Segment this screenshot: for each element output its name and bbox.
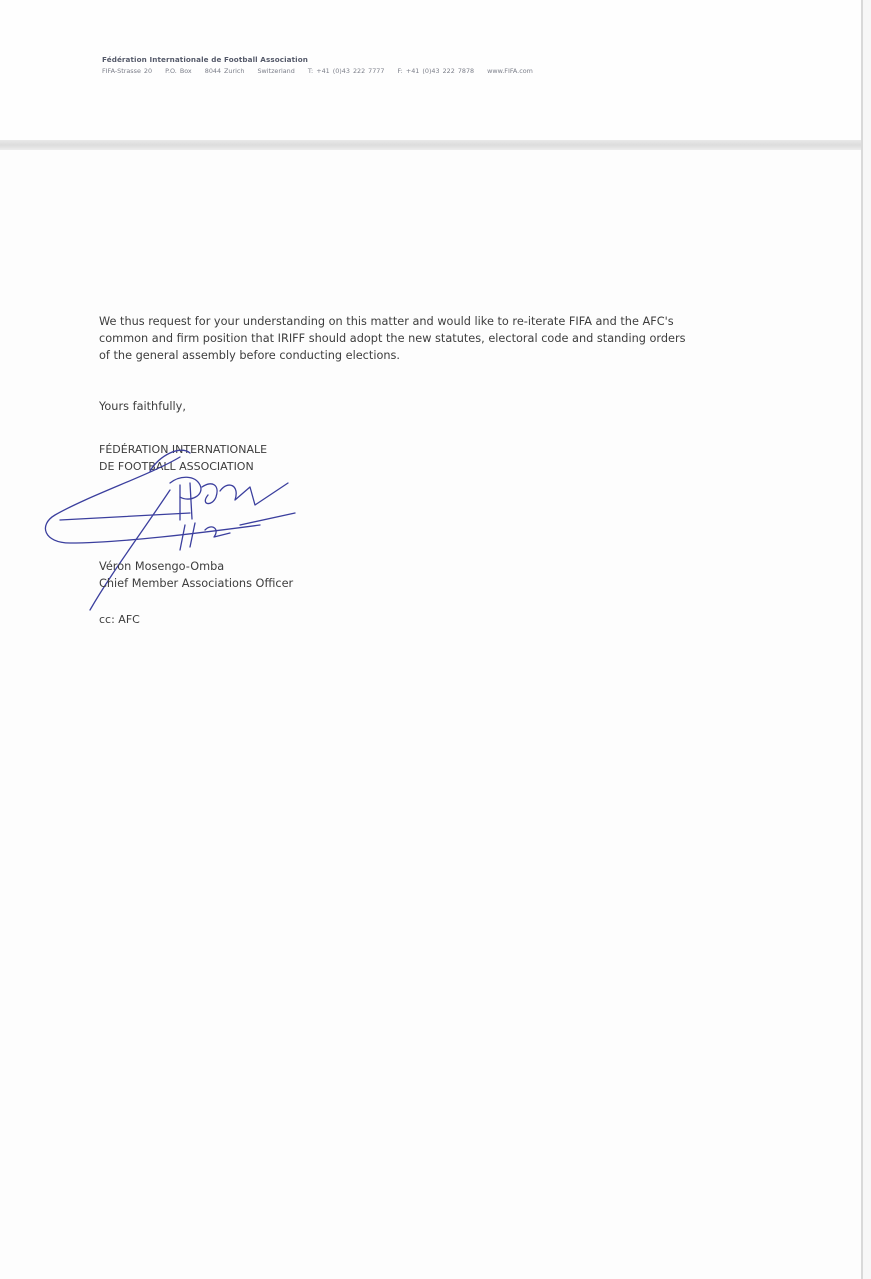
address-street: FIFA-Strasse 20 bbox=[102, 67, 152, 75]
sender-organization: FÉDÉRATION INTERNATIONALE DE FOOTBALL AS… bbox=[99, 441, 267, 475]
body-line: of the general assembly before conductin… bbox=[99, 348, 811, 365]
body-line: common and firm position that IRIFF shou… bbox=[99, 331, 811, 348]
address-fax: F: +41 (0)43 222 7878 bbox=[398, 67, 475, 75]
address-website: www.FIFA.com bbox=[487, 67, 533, 75]
letterhead-organization: Fédération Internationale de Football As… bbox=[102, 55, 308, 64]
address-city: 8044 Zurich bbox=[205, 67, 245, 75]
previous-page-bottom: Fédération Internationale de Football As… bbox=[0, 0, 862, 140]
letterhead-address: FIFA-Strasse 20 P.O. Box 8044 Zurich Swi… bbox=[102, 67, 543, 75]
right-margin bbox=[863, 0, 871, 1279]
cc-line: cc: AFC bbox=[99, 613, 140, 626]
sender-org-line: DE FOOTBALL ASSOCIATION bbox=[99, 458, 267, 475]
address-pobox: P.O. Box bbox=[165, 67, 192, 75]
body-line: We thus request for your understanding o… bbox=[99, 314, 811, 331]
page-separator bbox=[0, 140, 871, 150]
sender-org-line: FÉDÉRATION INTERNATIONALE bbox=[99, 441, 267, 458]
signer-title: Chief Member Associations Officer bbox=[99, 575, 293, 592]
address-phone: T: +41 (0)43 222 7777 bbox=[308, 67, 385, 75]
signer-block: Véron Mosengo-Omba Chief Member Associat… bbox=[99, 558, 293, 592]
letter-body: We thus request for your understanding o… bbox=[99, 314, 811, 364]
closing-salutation: Yours faithfully, bbox=[99, 400, 186, 413]
signer-name: Véron Mosengo-Omba bbox=[99, 558, 293, 575]
address-country: Switzerland bbox=[258, 67, 295, 75]
